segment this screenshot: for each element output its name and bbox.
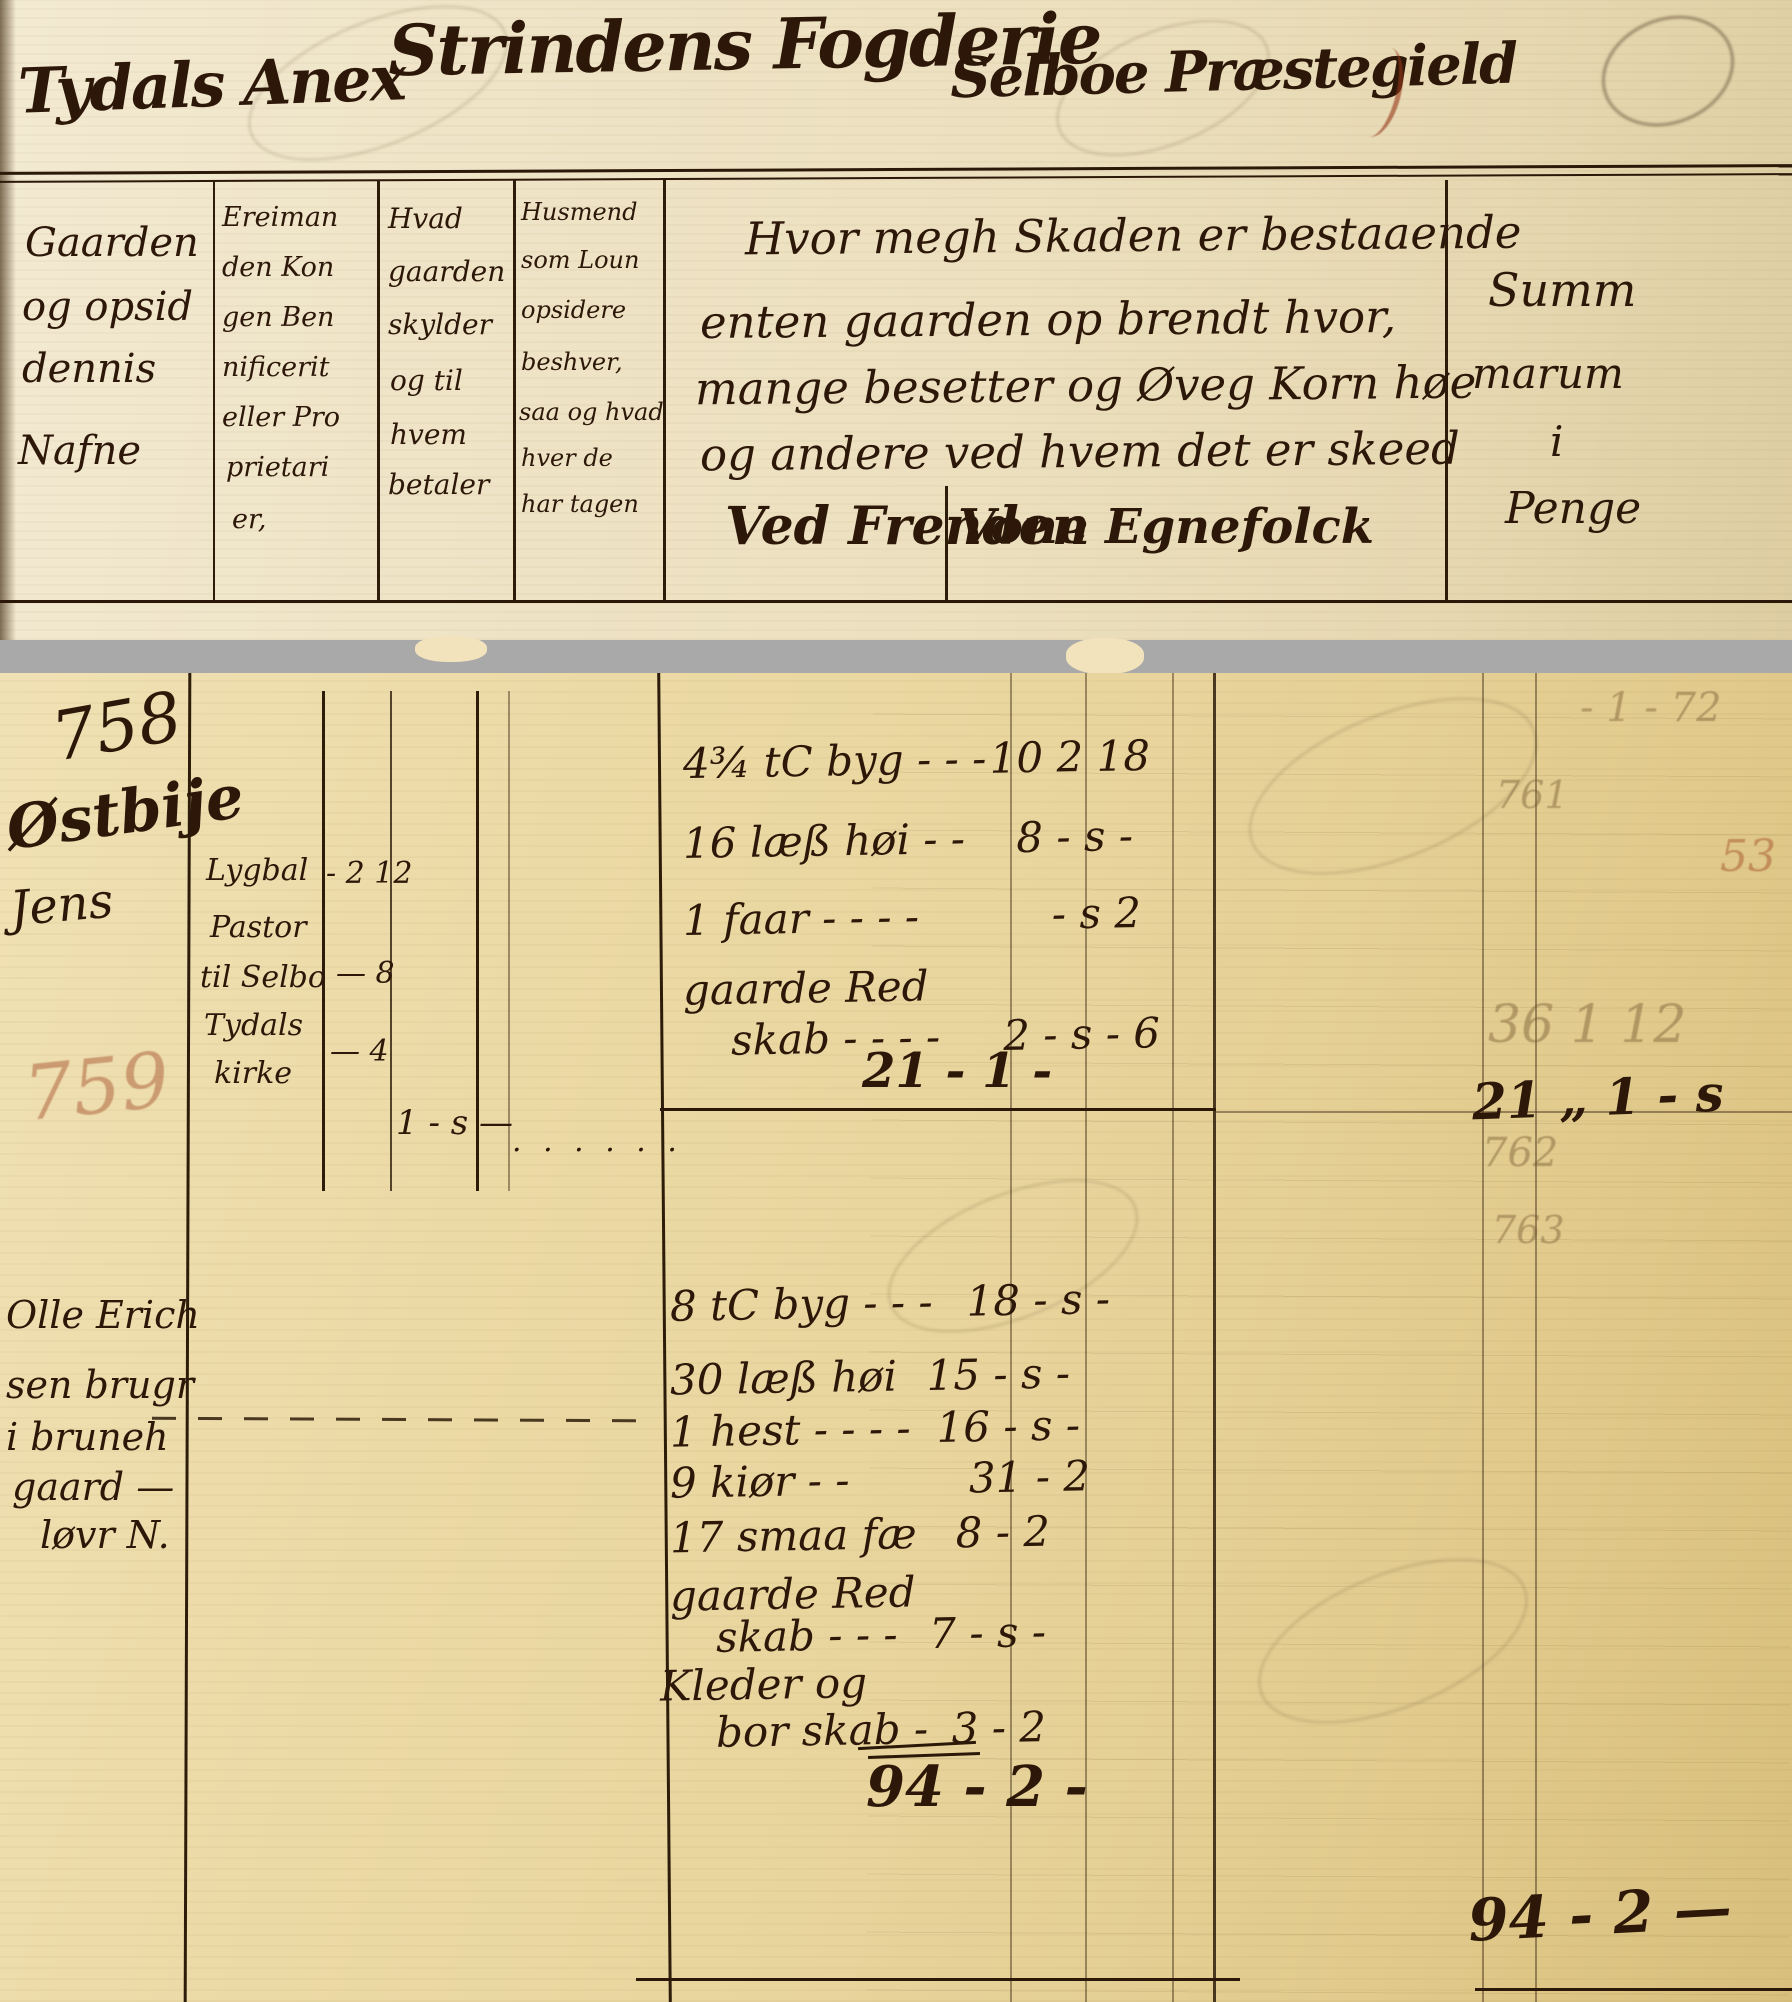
damage-row: 8 tC byg - - - 18 - s - [670,1274,1111,1331]
entry-bottom-rule [636,1978,1240,1981]
damage-sum: 21 - 1 - [862,1046,1052,1096]
bleedthrough-number: 761 [1496,773,1569,817]
colhead-damage: Hvor megh Skaden er bestaaende [745,209,1522,263]
entry-occupant-name: i bruneh [6,1418,169,1458]
colhead-cotters: opsidere [521,298,626,323]
colhead-owner: nificerit [222,354,330,382]
entry-occupant-name: gaard — [12,1468,174,1508]
colhead-sum: Penge [1505,486,1641,532]
manuscript-page: Tydals Anex Strindens Fogderie Selboe Pr… [0,0,1792,2002]
damage-value: 31 - 2 [968,1451,1090,1502]
damage-row: 16 læß høi - - 8 - s - [683,811,1134,868]
colhead-sum: Summ [1488,266,1636,314]
damage-row: 1 faar - - - - - s 2 [683,888,1142,945]
ledger-rule-faint [1172,673,1174,2002]
bleedthrough-number: 763 [1492,1208,1565,1252]
margin-sum: 94 - 2 — [1467,1877,1734,1952]
entry-occupant-name: Olle Erich [6,1296,200,1336]
colhead-owner: den Kon [222,254,334,282]
ledger-rule-faint [1535,673,1537,2002]
bleedthrough-number: - 1 - 72 [1580,685,1722,731]
damage-item: gaarde Red [683,961,929,1014]
damage-value: 10 2 18 [989,731,1150,783]
colhead-farm: dennis [22,348,156,390]
damage-row: gaarde Red [683,958,1104,1014]
damage-value: 8 - 2 [955,1507,1050,1558]
damage-row: 1 hest - - - - 16 - s - [670,1400,1081,1456]
skyld-value: 1 - s — [396,1106,513,1142]
colhead-cotters: som Loun [521,248,639,273]
entry-number-bleed: 759 [20,1035,174,1139]
owner-note-value: — 4 [330,1036,389,1068]
entry-occupant-name: sen brugr [6,1366,194,1406]
entry-number: 758 [47,681,187,774]
title-prestegield: Selboe Præstegield [949,35,1517,109]
owner-note: til Selbo [200,962,326,994]
entry-occupant-name: Jens [8,876,115,935]
colhead-rent: og til [390,366,463,395]
owner-note-value: — 8 [336,958,395,990]
damage-value: 7 - s - [929,1607,1047,1658]
ledger-rule [390,691,392,1191]
page-edge-shadow [0,0,16,640]
colhead-owner: gen Ben [222,304,334,332]
colhead-owner: eller Pro [222,404,340,432]
owner-note: kirke [214,1058,292,1090]
ledger-rule-faint [1482,673,1484,2002]
damage-item: 8 tC byg - - - [670,1277,933,1331]
damage-sum: 94 - 2 - [866,1758,1088,1817]
damage-value: - s 2 [1051,888,1141,939]
colhead-rent: hvem [390,420,467,449]
colhead-rent: Hvad [388,204,463,233]
damage-value: 15 - s - [926,1349,1070,1400]
dash-leader [152,1417,644,1423]
colhead-cotters: beshver, [521,350,623,375]
damage-item: 9 kiør - - [670,1456,850,1508]
colhead-rent: gaarden [388,257,505,286]
title-underline-2 [0,173,1792,183]
corner-ink-mark [1585,0,1751,146]
damage-row: 9 kiør - - 31 - 2 [670,1451,1091,1507]
damage-value: 18 - s - [966,1274,1110,1325]
damage-row: skab - - - 7 - s - [716,1607,1047,1662]
colhead-cotters: hver de [521,446,613,471]
colhead-cotters: Husmend [521,200,637,225]
header-bottom-rule [0,600,1792,603]
ledger-rule [184,673,192,2002]
ledger-rule [322,691,325,1191]
colhead-by-own-folk: Vone Egnefolck [958,502,1374,552]
margin-sum-underline [1475,1988,1792,1991]
column-rule [663,180,666,600]
owner-note: Lygbal [206,855,308,887]
damage-item: 16 læß høi - - [683,814,966,868]
colhead-damage: og andere ved hvem det er skeed [700,425,1460,479]
damage-value: 3 - 2 [951,1702,1046,1753]
damage-item: bor skab - [716,1704,929,1757]
column-rule [513,180,516,600]
bleedthrough-number: 53 [1720,831,1776,882]
entry-occupant-name: løvr N. [40,1516,170,1556]
damage-row: 17 smaa fæ 8 - 2 [670,1507,1051,1563]
upper-scan: Tydals Anex Strindens Fogderie Selboe Pr… [0,0,1792,640]
damage-item: skab - - - [716,1610,898,1662]
colhead-farm: og opsid [22,286,193,328]
damage-item: 30 læß høi [670,1352,898,1405]
paper-notch [1066,638,1144,674]
colhead-owner: Ereiman [222,204,338,232]
colhead-cotters: saa og hvad [519,400,664,425]
colhead-owner: er, [232,506,267,534]
paper-notch [415,636,487,662]
damage-row: 4¾ tC byg - - - 10 2 18 [683,731,1151,788]
sum-rule [660,1108,1216,1111]
colhead-damage: mange besetter og Øveg Korn høe [695,359,1477,413]
colhead-rent: betaler [388,470,489,499]
bleedthrough-number: 36 1 12 [1488,995,1686,1055]
damage-item: 1 hest - - - - [670,1403,911,1456]
colhead-damage: enten gaarden op brendt hvor, [700,293,1396,346]
lower-scan: 758 Østbije Jens Lygbal - 2 12 Pastor ti… [0,673,1792,2002]
colhead-owner: prietari [226,454,329,482]
ledger-rule [657,673,672,2002]
damage-item: Kleder og [660,1658,868,1711]
colhead-rent: skylder [388,310,492,339]
owner-note-value: - 2 12 [326,858,412,890]
colhead-farm: Nafne [18,430,141,472]
scan-separator [0,640,1792,673]
colhead-sum: i [1550,420,1563,464]
damage-item: 4¾ tC byg - - - [683,734,987,788]
column-rule [377,180,380,600]
margin-sum: 21 „ 1 - s [1471,1068,1724,1129]
bleedthrough-number: 762 [1482,1130,1558,1176]
damage-value: 16 - s - [936,1400,1080,1451]
damage-item: 17 smaa fæ [670,1509,917,1562]
damage-value: 8 - s - [1016,811,1134,862]
owner-note: Tydals [204,1010,303,1042]
entry-farm-name: Østbije [3,766,248,862]
owner-note: Pastor [210,912,307,944]
title-anex: Tydals Anex [17,45,406,124]
colhead-farm: Gaarden [25,222,199,264]
ledger-rule [1213,673,1216,2002]
dot-leader: · · · · · · [512,1135,683,1167]
damage-item: 1 faar - - - - [683,892,920,945]
column-rule [213,180,215,600]
colhead-cotters: har tagen [521,492,639,517]
colhead-sum: marum [1472,352,1624,396]
damage-row: 30 læß høi 15 - s - [670,1349,1071,1405]
